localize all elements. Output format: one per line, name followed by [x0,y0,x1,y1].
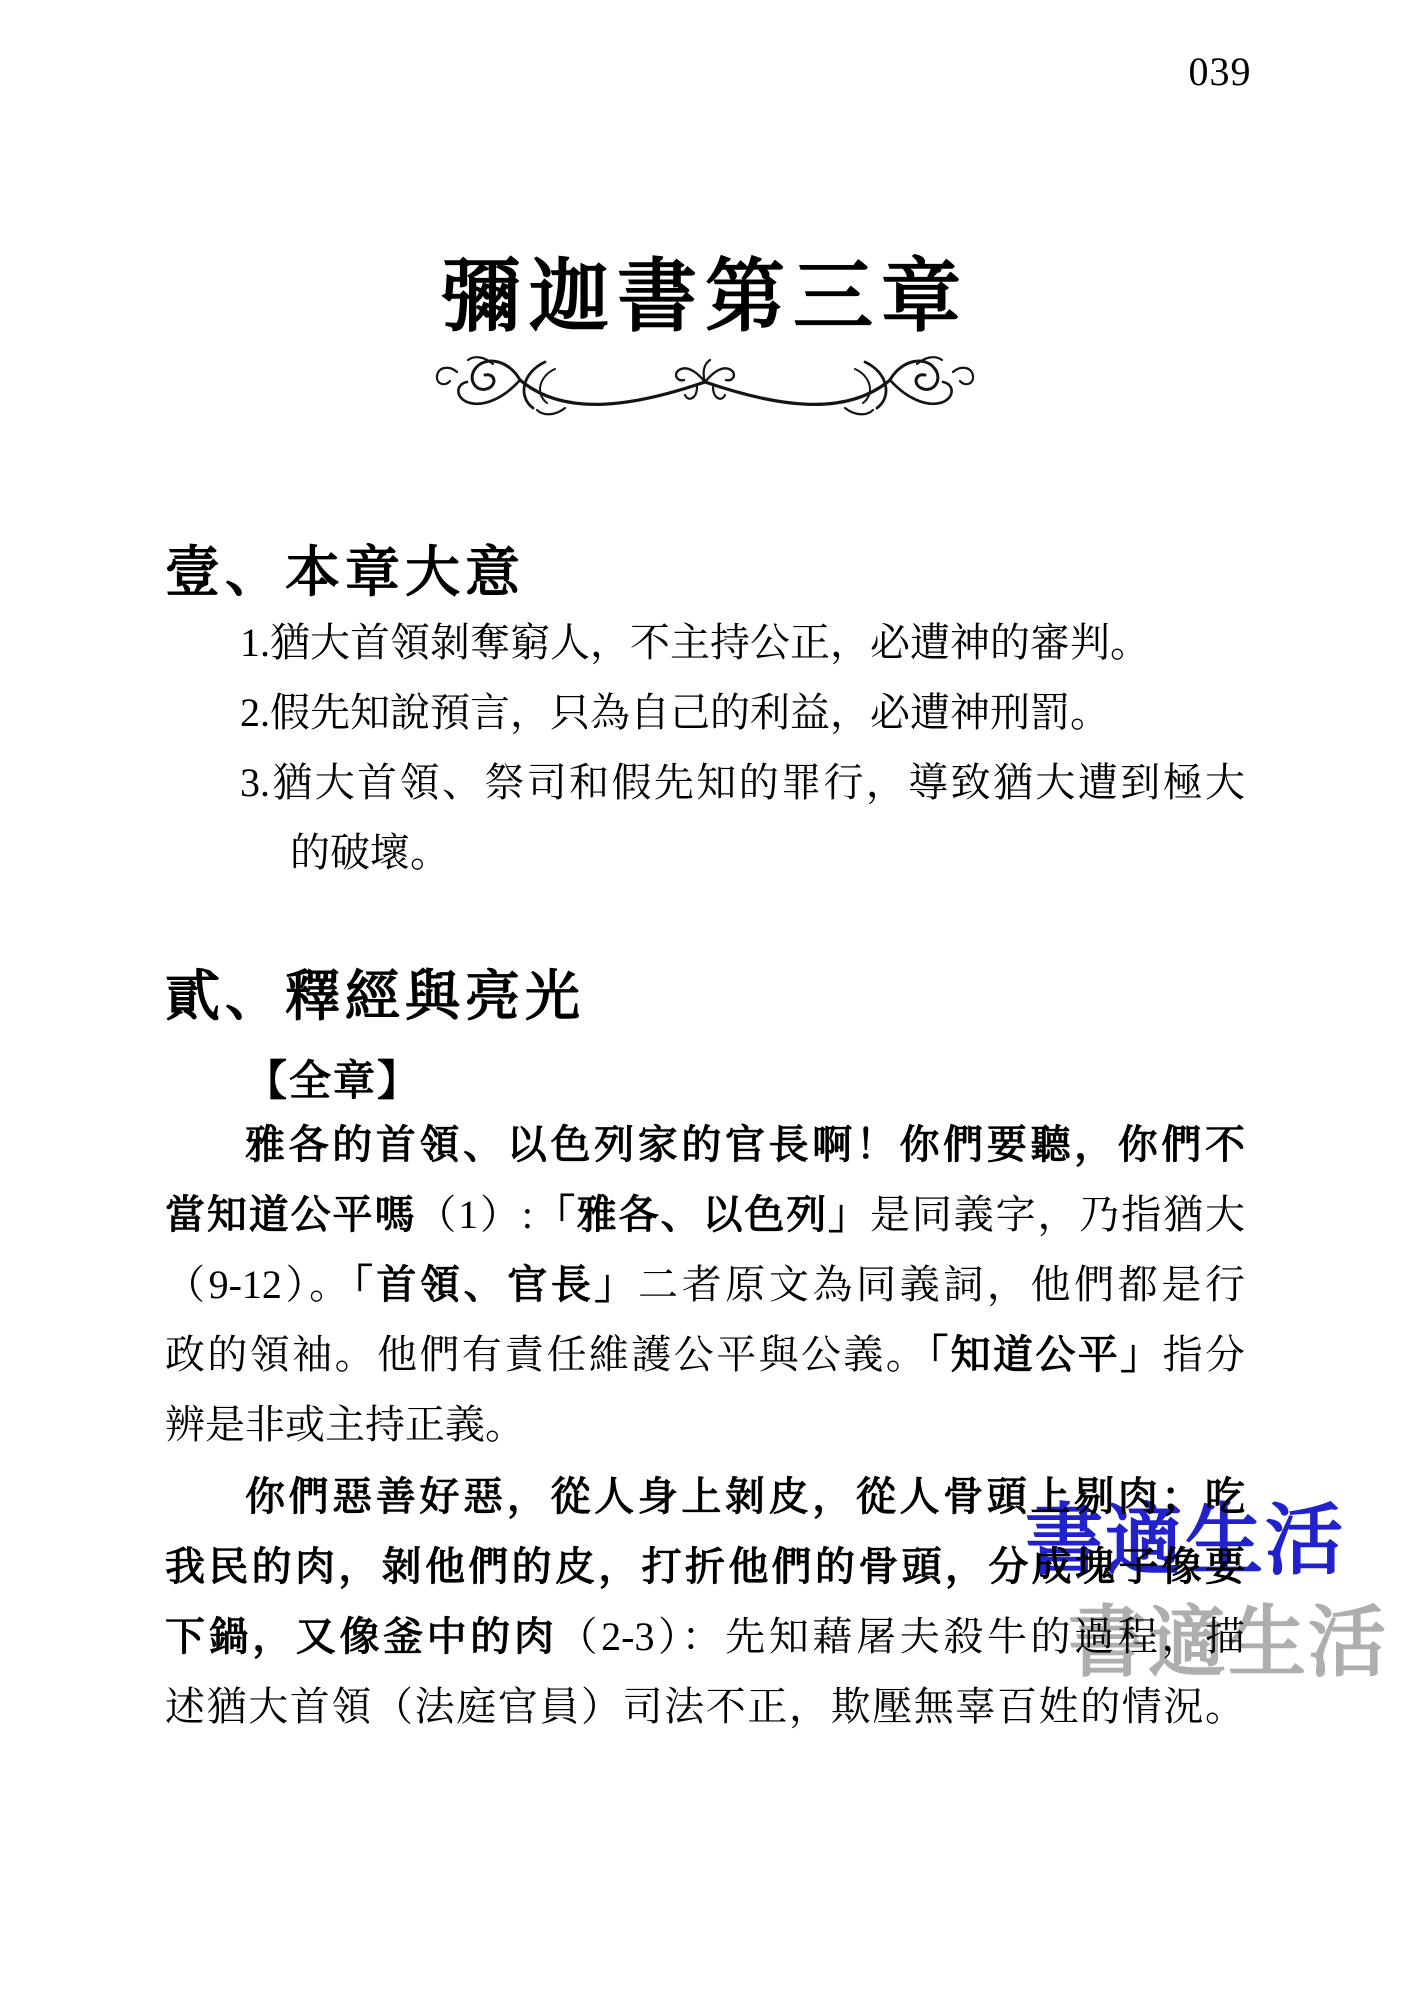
section1-heading: 壹、本章大意 [165,528,1245,607]
commentary-text-segment: 的破壞。 [290,830,450,875]
commentary-text-segment: 3.猶大首領、祭司和假先知的罪行，導致猶大遭到極大 [240,760,1245,805]
book-page: 書適生活 書適生活 039 彌迦書第三章 [0,0,1410,2000]
scripture-text-segment: 「知道公平」 [928,1332,1162,1377]
text-line: 我民的肉，剝他們的皮，打折他們的骨頭，分成塊子像要 [165,1532,1245,1602]
scripture-text-segment: 「首領、官長」 [353,1262,638,1307]
commentary-text-segment: （9-12）。 [165,1262,353,1307]
section2-subheading: 【全章】 [165,1048,1325,1108]
scripture-text-segment: 你們惡善好惡，從人身上剝皮，從人骨頭上剔肉；吃 [245,1474,1245,1519]
commentary-text-segment: 二者原文為同義詞，他們都是行 [638,1262,1245,1307]
text-line: 2.假先知說預言，只為自己的利益，必遭神刑罰。 [165,678,1245,748]
commentary-text-segment: 2.假先知說預言，只為自己的利益，必遭神刑罰。 [240,690,1110,735]
scripture-text-segment: 當知道公平嗎 [165,1192,416,1237]
flourish-divider-icon [405,352,1005,430]
commentary-text-segment: 政的領袖。他們有責任維護公平與公義。 [165,1332,928,1377]
text-line: 政的領袖。他們有責任維護公平與公義。「知道公平」指分 [165,1320,1245,1390]
text-line: 的破壞。 [165,818,1245,888]
commentary-text-segment: 是同義字，乃指猶大 [870,1192,1245,1237]
text-line: 辨是非或主持正義。 [165,1390,1245,1460]
commentary-text-segment: 述猶大首領（法庭官員）司法不正，欺壓無辜百姓的情況。 [165,1684,1245,1729]
commentary-paragraph-2: 你們惡善好惡，從人身上剝皮，從人骨頭上剔肉；吃我民的肉，剝他們的皮，打折他們的骨… [165,1462,1245,1742]
commentary-text-segment: （1）: [416,1192,533,1237]
page-number: 039 [1150,48,1290,95]
scripture-text-segment: 下鍋，又像釜中的肉 [165,1614,558,1659]
text-line: 3.猶大首領、祭司和假先知的罪行，導致猶大遭到極大 [165,748,1245,818]
scripture-text-segment: 我民的肉，剝他們的皮，打折他們的骨頭，分成塊子像要 [165,1544,1245,1589]
chapter-title: 彌迦書第三章 [0,232,1410,347]
text-line: 雅各的首領、以色列家的官長啊！你們要聽，你們不 [165,1110,1245,1180]
text-line: 下鍋，又像釜中的肉（2-3）：先知藉屠夫殺牛的過程，描 [165,1602,1245,1672]
scripture-text-segment: 雅各的首領、以色列家的官長啊！你們要聽，你們不 [245,1122,1245,1167]
text-line: 當知道公平嗎（1）:「雅各、以色列」是同義字，乃指猶大 [165,1180,1245,1250]
text-line: 述猶大首領（法庭官員）司法不正，欺壓無辜百姓的情況。 [165,1672,1245,1742]
section1-summary-list: 1.猶大首領剝奪窮人，不主持公正，必遭神的審判。2.假先知說預言，只為自己的利益… [165,608,1245,888]
commentary-paragraph-1: 雅各的首領、以色列家的官長啊！你們要聽，你們不當知道公平嗎（1）:「雅各、以色列… [165,1110,1245,1460]
text-line: 1.猶大首領剝奪窮人，不主持公正，必遭神的審判。 [165,608,1245,678]
commentary-text-segment: 指分 [1163,1332,1245,1377]
scripture-text-segment: 「雅各、以色列」 [533,1192,870,1237]
text-line: 你們惡善好惡，從人身上剝皮，從人骨頭上剔肉；吃 [165,1462,1245,1532]
commentary-text-segment: 辨是非或主持正義。 [165,1402,525,1447]
section2-heading: 貳、釋經與亮光 [165,952,1245,1031]
commentary-text-segment: 1.猶大首領剝奪窮人，不主持公正，必遭神的審判。 [240,620,1150,665]
commentary-text-segment: （2-3）：先知藉屠夫殺牛的過程，描 [558,1614,1246,1659]
text-line: （9-12）。「首領、官長」二者原文為同義詞，他們都是行 [165,1250,1245,1320]
